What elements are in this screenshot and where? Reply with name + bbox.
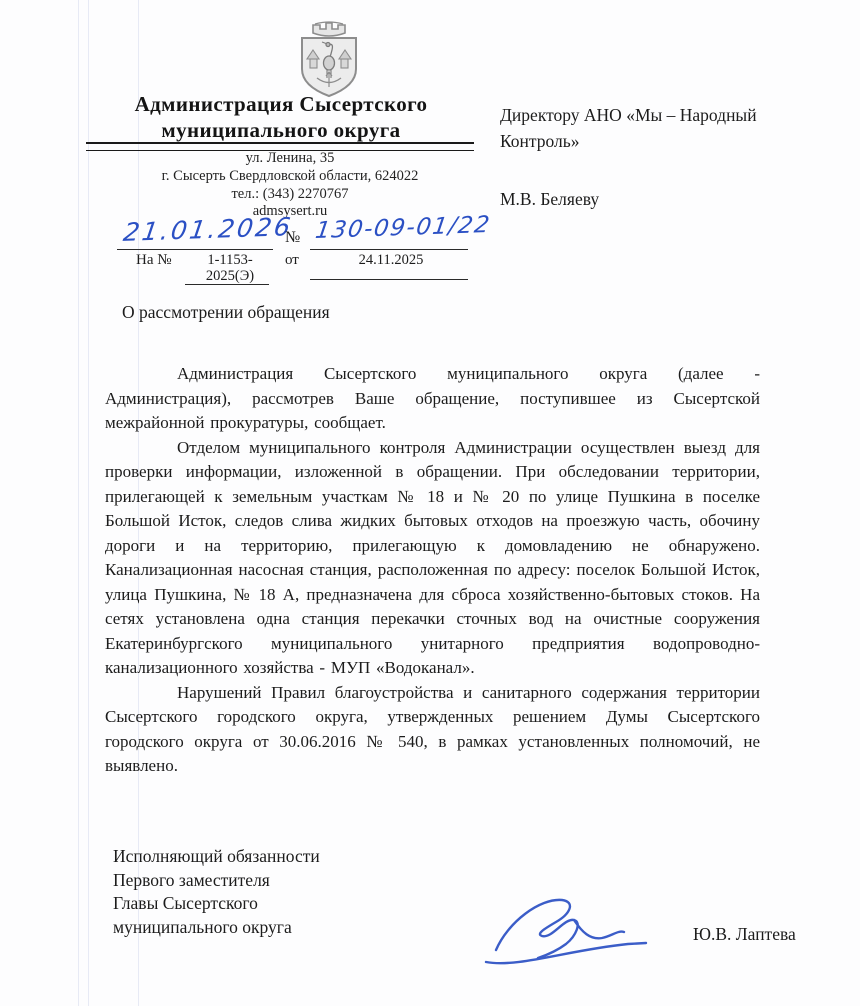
reference-rule xyxy=(310,249,468,250)
org-address-city: г. Сысерть Свердловской области, 624022 xyxy=(95,168,485,185)
scanned-letter-page: Администрация Сысертского муниципального… xyxy=(0,0,860,1006)
incoming-number-line1: 1-1153- xyxy=(188,252,272,268)
handwritten-registration-date: 21.01.2026 xyxy=(121,212,294,247)
recipient-name: М.В. Беляеву xyxy=(500,186,818,212)
body-paragraph-2: Отделом муниципального контроля Админист… xyxy=(105,436,760,681)
no-label: № xyxy=(285,229,300,247)
signatory-position-line2: Первого заместителя xyxy=(113,869,320,893)
org-phone: тел.: (343) 2270767 xyxy=(95,186,485,203)
handwritten-signature-icon xyxy=(478,888,673,976)
scan-artifact-line xyxy=(78,0,79,1006)
ot-label: от xyxy=(285,252,299,269)
signatory-position-line3: Главы Сысертского xyxy=(113,892,320,916)
signatory-position-block: Исполняющий обязанности Первого заместит… xyxy=(113,845,320,939)
signatory-position-line1: Исполняющий обязанности xyxy=(113,845,320,869)
org-name-line2: муниципального округа xyxy=(85,118,477,143)
letter-body: Администрация Сысертского муниципального… xyxy=(105,362,760,779)
signatory-name: Ю.В. Лаптева xyxy=(693,924,796,945)
org-address-street: ул. Ленина, 35 xyxy=(95,150,485,167)
reference-rule xyxy=(310,279,468,280)
na-no-label: На № xyxy=(136,252,172,269)
handwritten-outgoing-number: 130-09-01/22 xyxy=(314,212,493,244)
recipient-title: Директору АНО «Мы – Народный Контроль» xyxy=(500,102,818,154)
incoming-number-line2: 2025(Э) xyxy=(188,268,272,284)
recipient-block: Директору АНО «Мы – Народный Контроль» М… xyxy=(500,102,818,212)
body-paragraph-3: Нарушений Правил благоустройства и санит… xyxy=(105,681,760,779)
reference-rule xyxy=(185,284,269,285)
signatory-position-line4: муниципального округа xyxy=(113,916,320,940)
body-paragraph-1: Администрация Сысертского муниципального… xyxy=(105,362,760,436)
sysert-coat-of-arms-icon xyxy=(283,12,375,98)
org-name-line1: Администрация Сысертского xyxy=(85,92,477,117)
reference-rule xyxy=(117,249,273,250)
subject-line: О рассмотрении обращения xyxy=(122,302,330,323)
outgoing-date: 24.11.2025 xyxy=(345,252,437,269)
